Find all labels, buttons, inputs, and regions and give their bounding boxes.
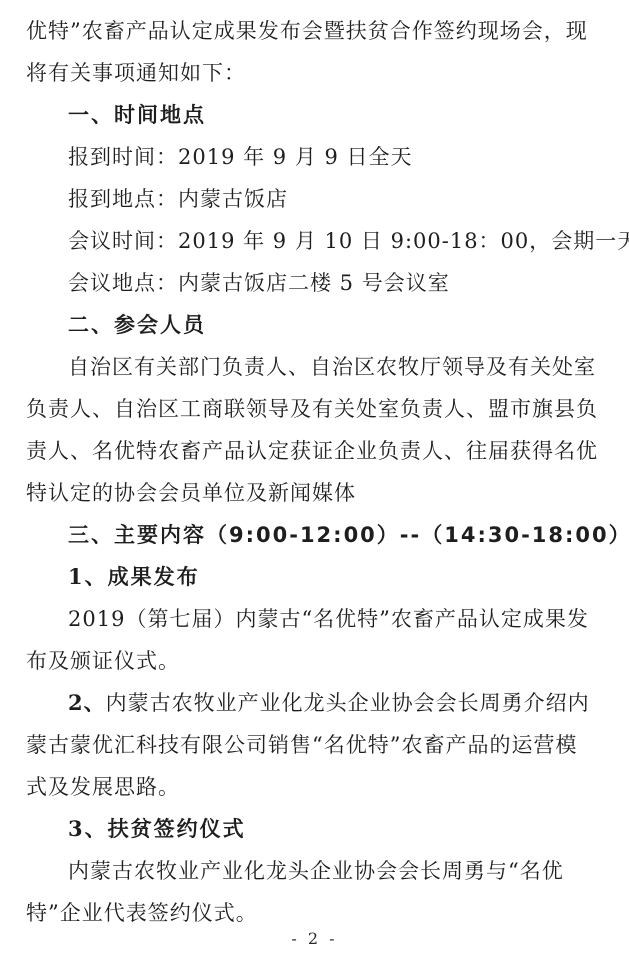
agenda-item2-line: 蒙古蒙优汇科技有限公司销售“名优特”农畜产品的运营模: [26, 724, 629, 766]
agenda-item3-line: 特”企业代表签约仪式。: [26, 892, 629, 934]
intro-line: 将有关事项通知如下：: [26, 52, 629, 94]
section1-heading: 一、时间地点: [26, 94, 629, 136]
agenda-item1-line: 布及颁证仪式。: [26, 640, 629, 682]
agenda-item2-number: 2、: [68, 690, 106, 715]
document-page: 优特”农畜产品认定成果发布会暨扶贫合作签约现场会，现 将有关事项通知如下： 一、…: [0, 0, 629, 955]
agenda-item3-line: 内蒙古农牧业产业化龙头企业协会会长周勇与“名优: [26, 850, 629, 892]
section2-heading: 二、参会人员: [26, 304, 629, 346]
agenda-item2-line: 式及发展思路。: [26, 766, 629, 808]
agenda-item1-heading: 1、成果发布: [26, 556, 629, 598]
attendees-line: 负责人、自治区工商联领导及有关处室负责人、盟市旗县负: [26, 388, 629, 430]
agenda-item2-text: 内蒙古农牧业产业化龙头企业协会会长周勇介绍内: [106, 691, 590, 715]
page-number: - 2 -: [0, 929, 629, 948]
attendees-line: 自治区有关部门负责人、自治区农牧厅领导及有关处室: [26, 346, 629, 388]
agenda-item1-line: 2019（第七届）内蒙古“名优特”农畜产品认定成果发: [26, 598, 629, 640]
meeting-time-line: 会议时间：2019 年 9 月 10 日 9:00-18：00，会期一天: [26, 220, 629, 262]
registration-time-line: 报到时间：2019 年 9 月 9 日全天: [26, 136, 629, 178]
agenda-item2-line: 2、内蒙古农牧业产业化龙头企业协会会长周勇介绍内: [26, 682, 629, 724]
attendees-line: 特认定的协会会员单位及新闻媒体: [26, 472, 629, 514]
intro-line: 优特”农畜产品认定成果发布会暨扶贫合作签约现场会，现: [26, 10, 629, 52]
registration-place-line: 报到地点：内蒙古饭店: [26, 178, 629, 220]
meeting-place-line: 会议地点：内蒙古饭店二楼 5 号会议室: [26, 262, 629, 304]
section3-heading: 三、主要内容（9:00-12:00）--（14:30-18:00）: [26, 514, 629, 556]
agenda-item3-heading: 3、扶贫签约仪式: [26, 808, 629, 850]
attendees-line: 责人、名优特农畜产品认定获证企业负责人、往届获得名优: [26, 430, 629, 472]
